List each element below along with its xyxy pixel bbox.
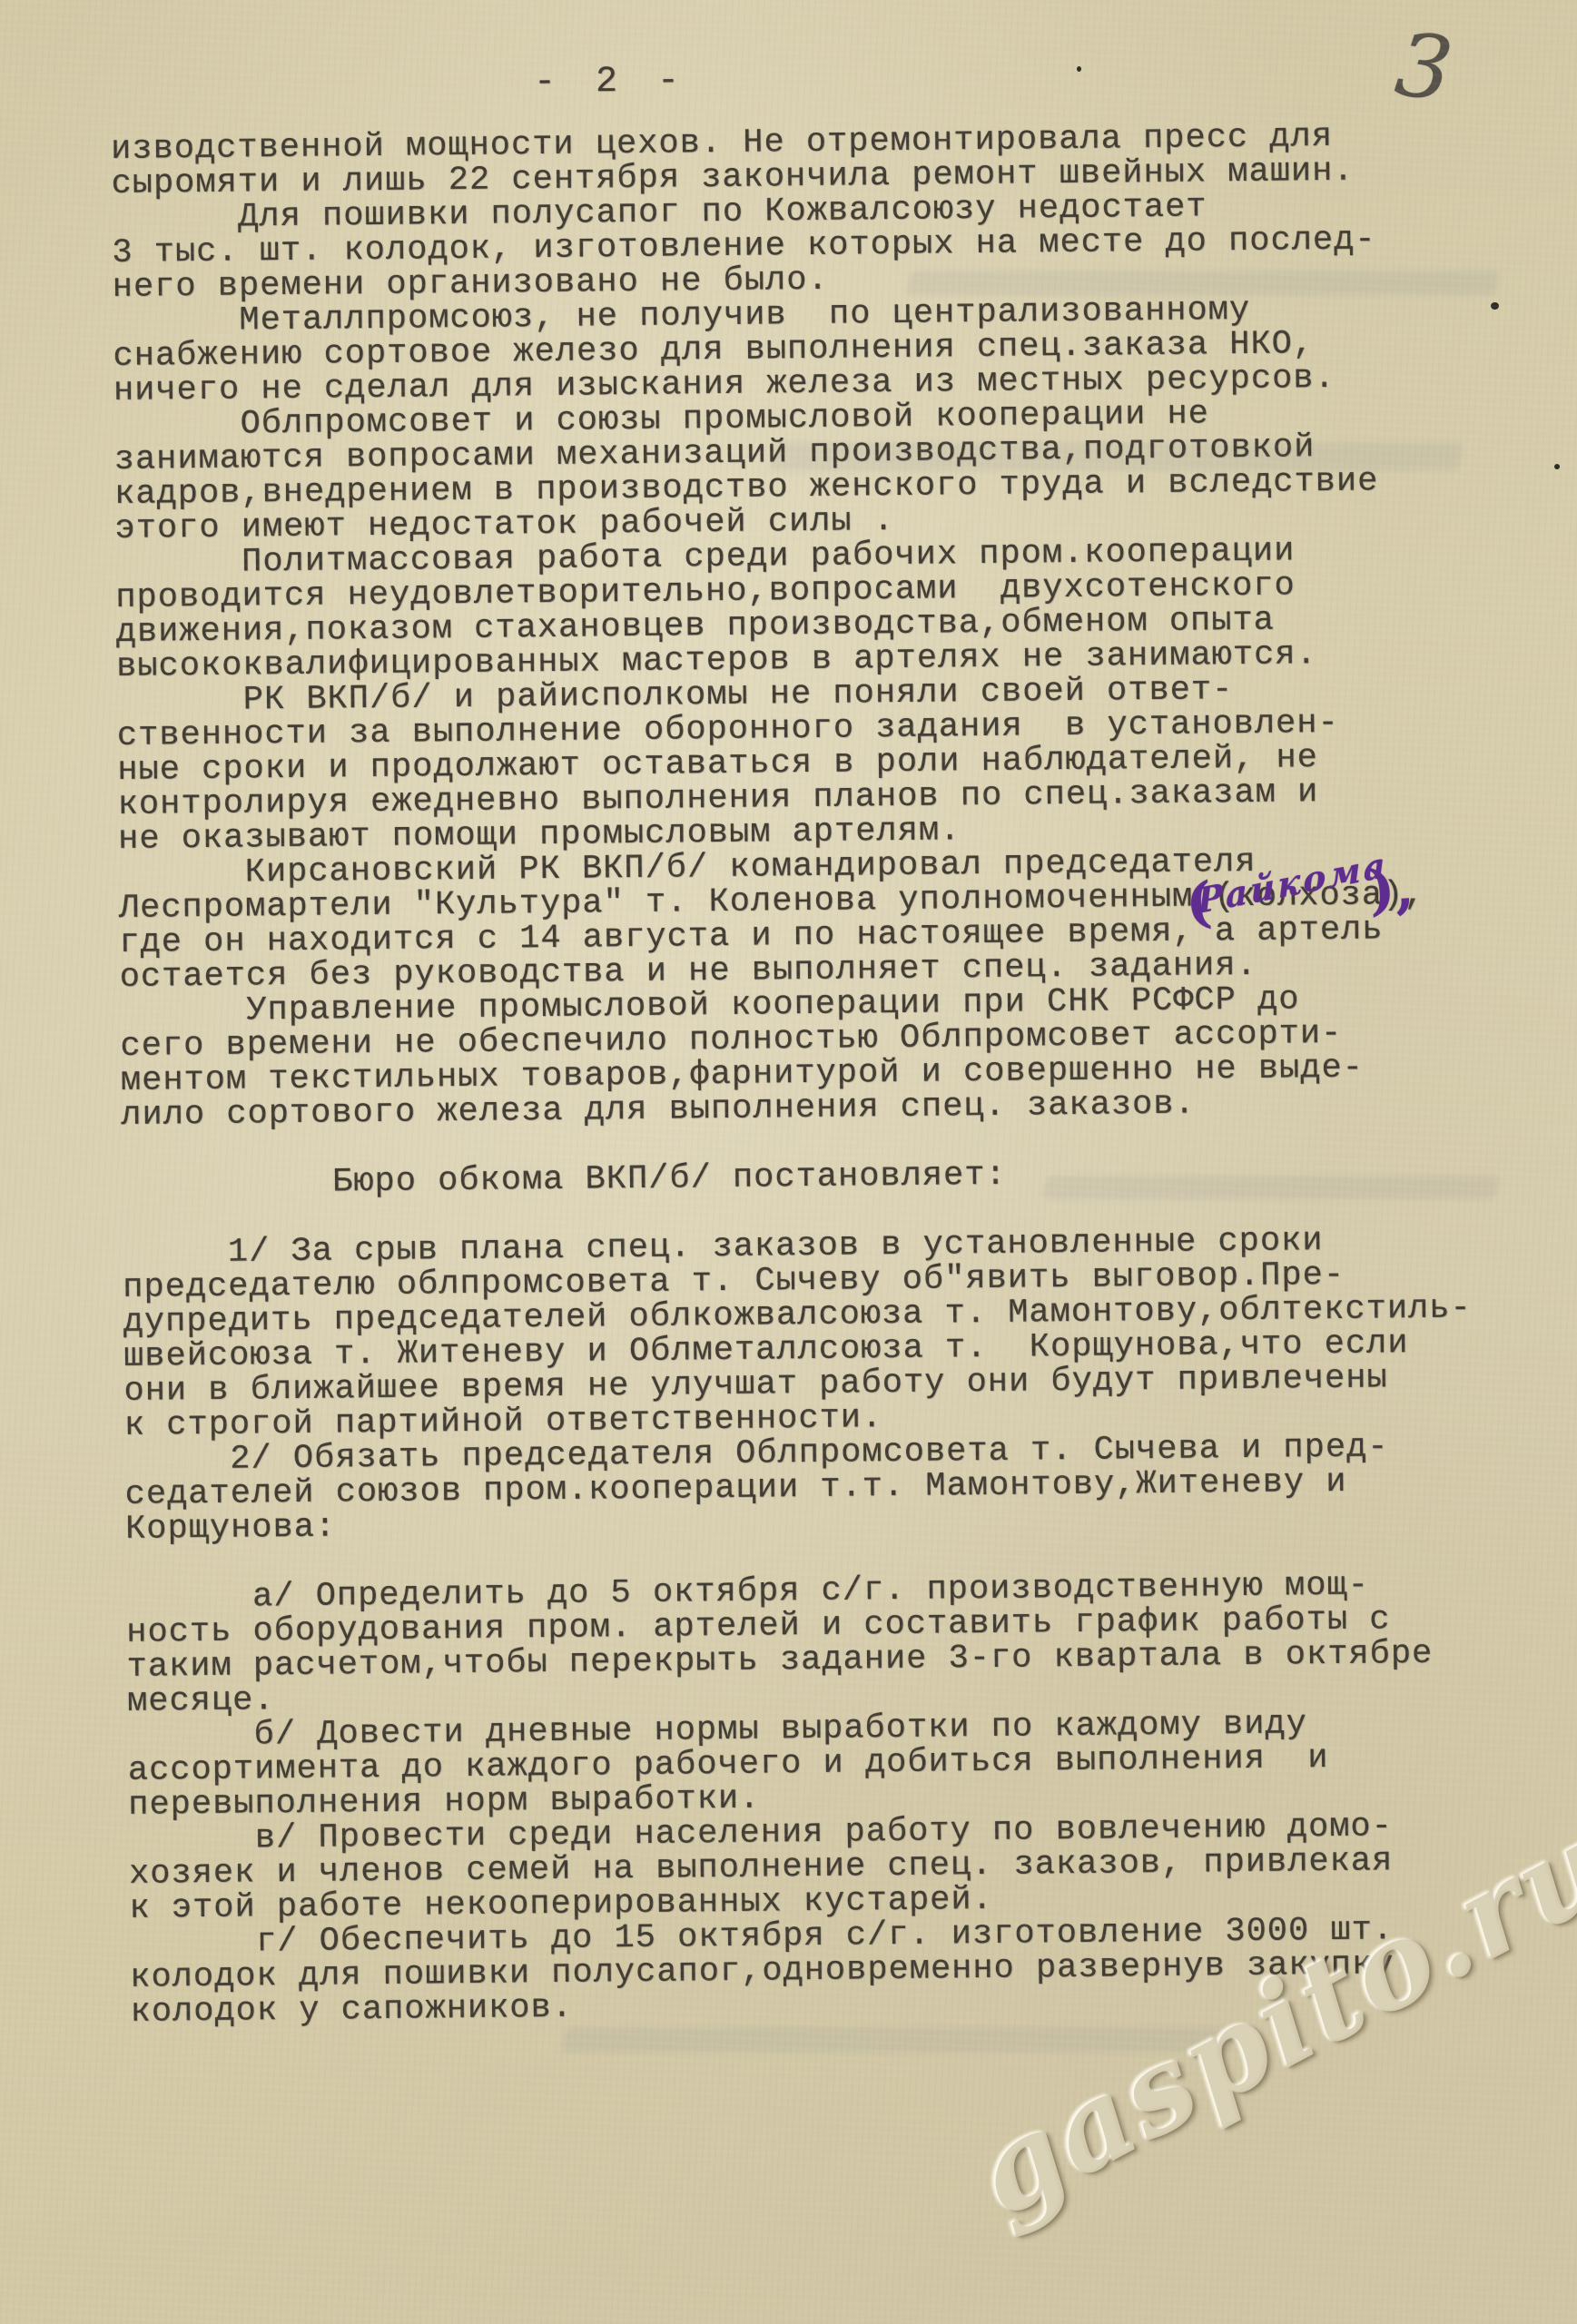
paper-speck bbox=[1554, 464, 1560, 469]
paper-speck bbox=[1077, 66, 1081, 72]
bleedthrough-smudge bbox=[560, 2027, 1237, 2053]
handwritten-page-number: 3 bbox=[1390, 14, 1457, 122]
document-page: - 2 - 3 изводственной мощности цехов. Не… bbox=[0, 0, 1577, 2324]
page-number: - 2 - bbox=[534, 61, 688, 103]
document-body: изводственной мощности цехов. Не отремон… bbox=[111, 118, 1547, 2030]
